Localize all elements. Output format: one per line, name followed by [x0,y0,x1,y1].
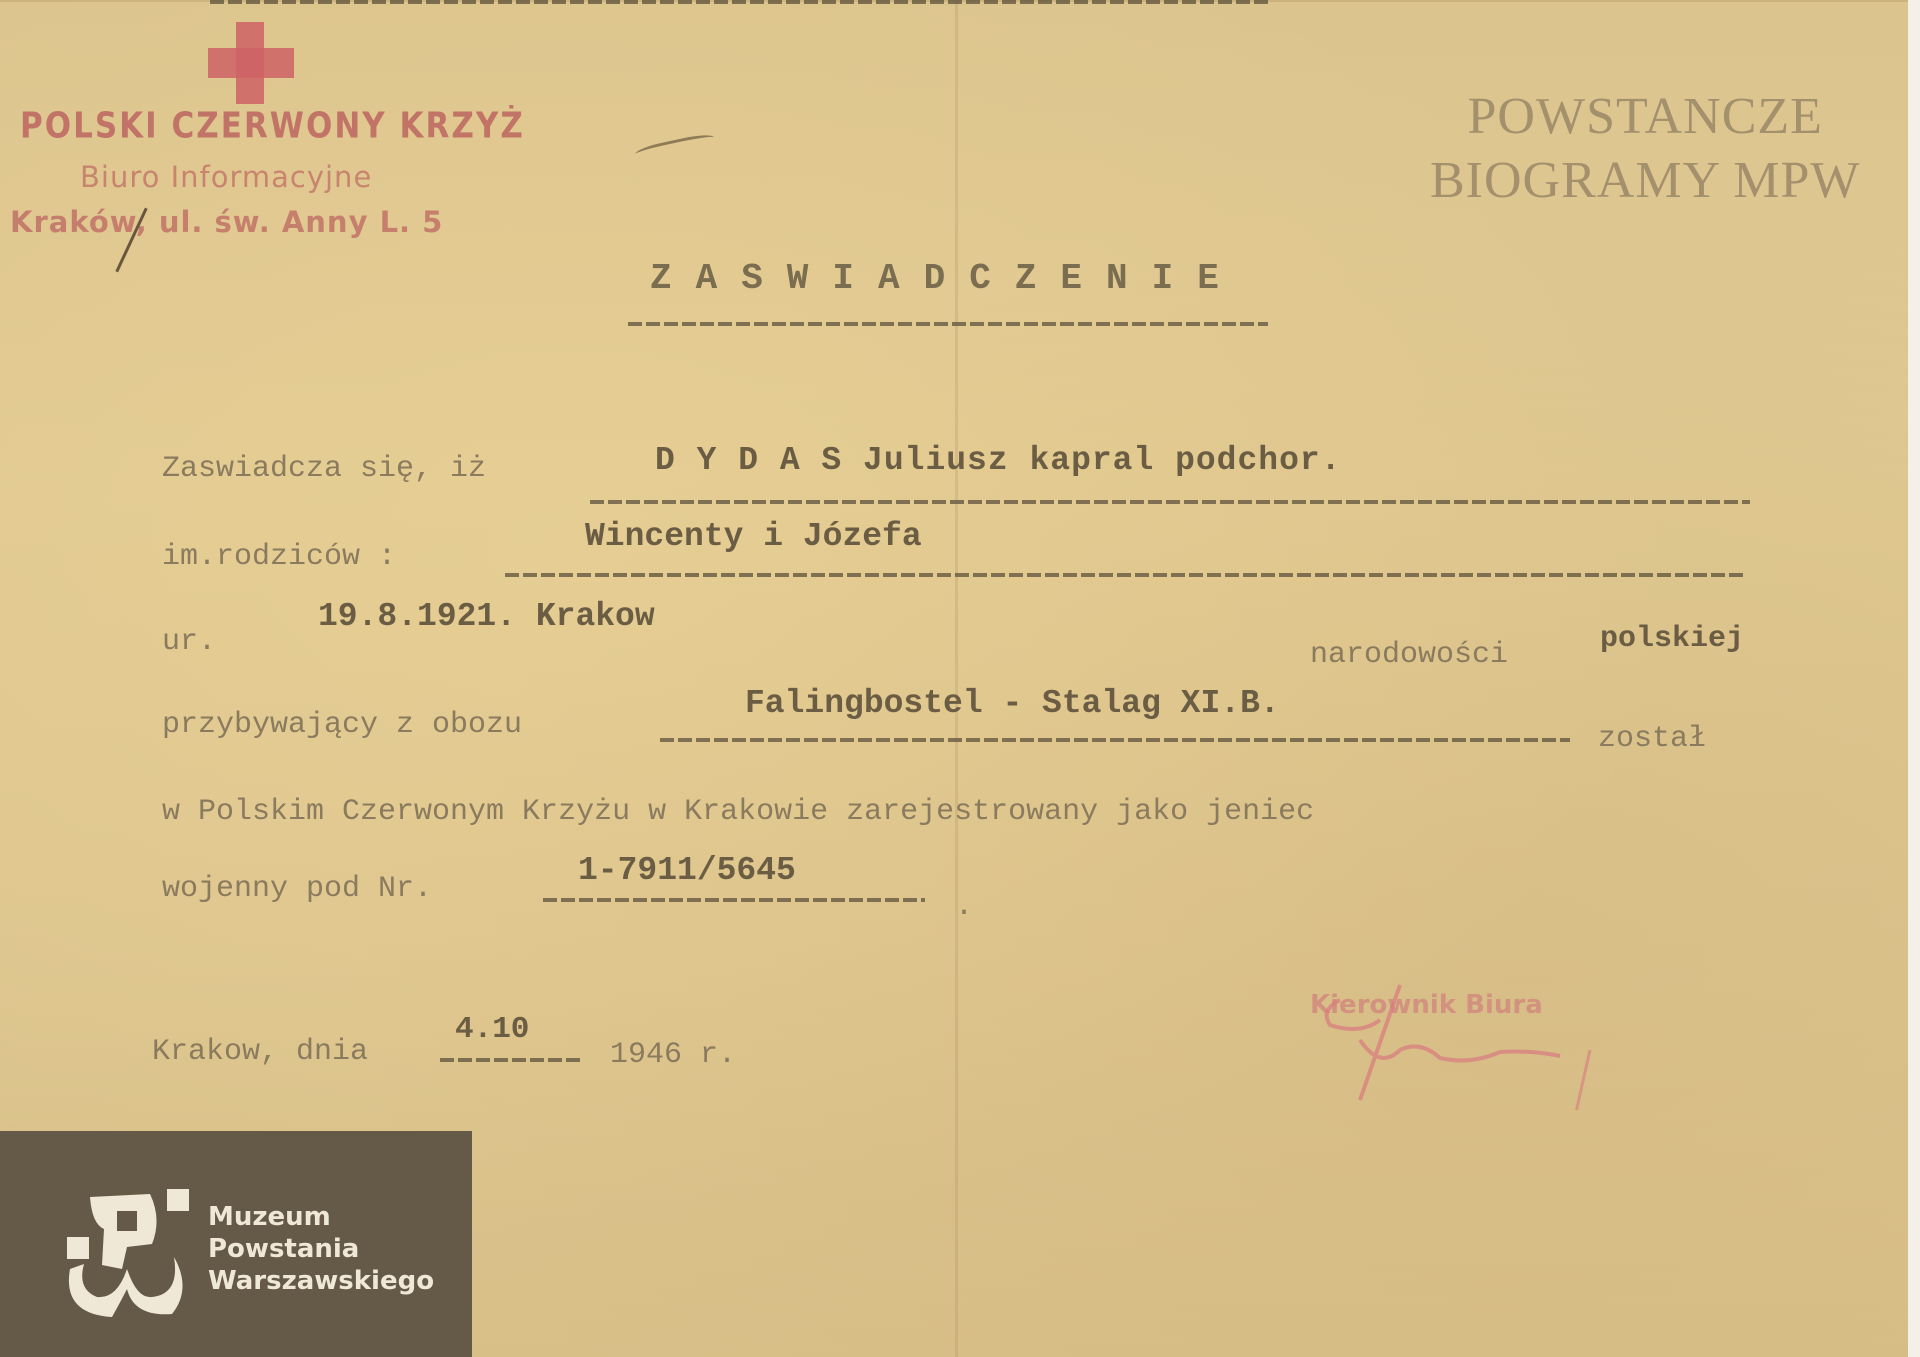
page-margin [1908,0,1920,1357]
line2-label: im.rodziców : [162,540,396,574]
watermark-line2: BIOGRAMY MPW [1430,149,1860,213]
logo-line1: Muzeum [208,1201,434,1233]
date-value: 4.10 [455,1012,529,1047]
line6-end: . [955,890,973,924]
red-cross-icon [208,22,294,104]
logo-line3: Warszawskiego [208,1265,434,1297]
watermark: POWSTANCZE BIOGRAMY MPW [1430,85,1860,213]
museum-logo: Muzeum Powstania Warszawskiego [0,1131,472,1357]
date-underline [440,1058,582,1062]
pow-number: 1-7911/5645 [578,852,796,889]
line1-value: D Y D A S Juliusz kapral podchor. [655,442,1342,479]
title-underline [628,322,1268,326]
line6-underline [543,898,925,902]
stamp-org: POLSKI CZERWONY KRZYŻ [20,105,525,146]
logo-text: Muzeum Powstania Warszawskiego [208,1201,434,1297]
line2-value: Wincenty i Józefa [585,518,922,555]
line4-label: przybywający z obozu [162,708,522,742]
signature-icon [1300,980,1600,1110]
kotwica-anchor-icon [62,1189,192,1319]
fold-line [955,0,958,1357]
line1-label: Zaswiadcza się, iż [162,452,486,486]
line3-nationality-label: narodowości [1310,638,1508,672]
line4-value: Falingbostel - Stalag XI.B. [745,685,1280,722]
logo-line2: Powstania [208,1233,434,1265]
document-title: ZASWIADCZENIE [650,258,1243,299]
line1-underline [590,500,1750,504]
date-label: Krakow, dnia [152,1035,368,1069]
line2-underline [505,573,1745,577]
line4-suffix: został [1598,722,1706,756]
line3-label: ur. [162,625,216,659]
line5-text: w Polskim Czerwonym Krzyżu w Krakowie za… [162,795,1314,829]
watermark-line1: POWSTANCZE [1430,85,1860,149]
stamp-address: Kraków, ul. św. Anny L. 5 [10,205,443,239]
line6-label: wojenny pod Nr. [162,872,432,906]
date-year: 1946 r. [610,1038,736,1072]
line3-underline [210,0,1270,4]
stamp-office: Biuro Informacyjne [80,160,372,194]
line3-value: 19.8.1921. Krakow [318,598,655,635]
line4-underline [660,738,1570,742]
line3-nationality-value: polskiej [1600,622,1744,656]
